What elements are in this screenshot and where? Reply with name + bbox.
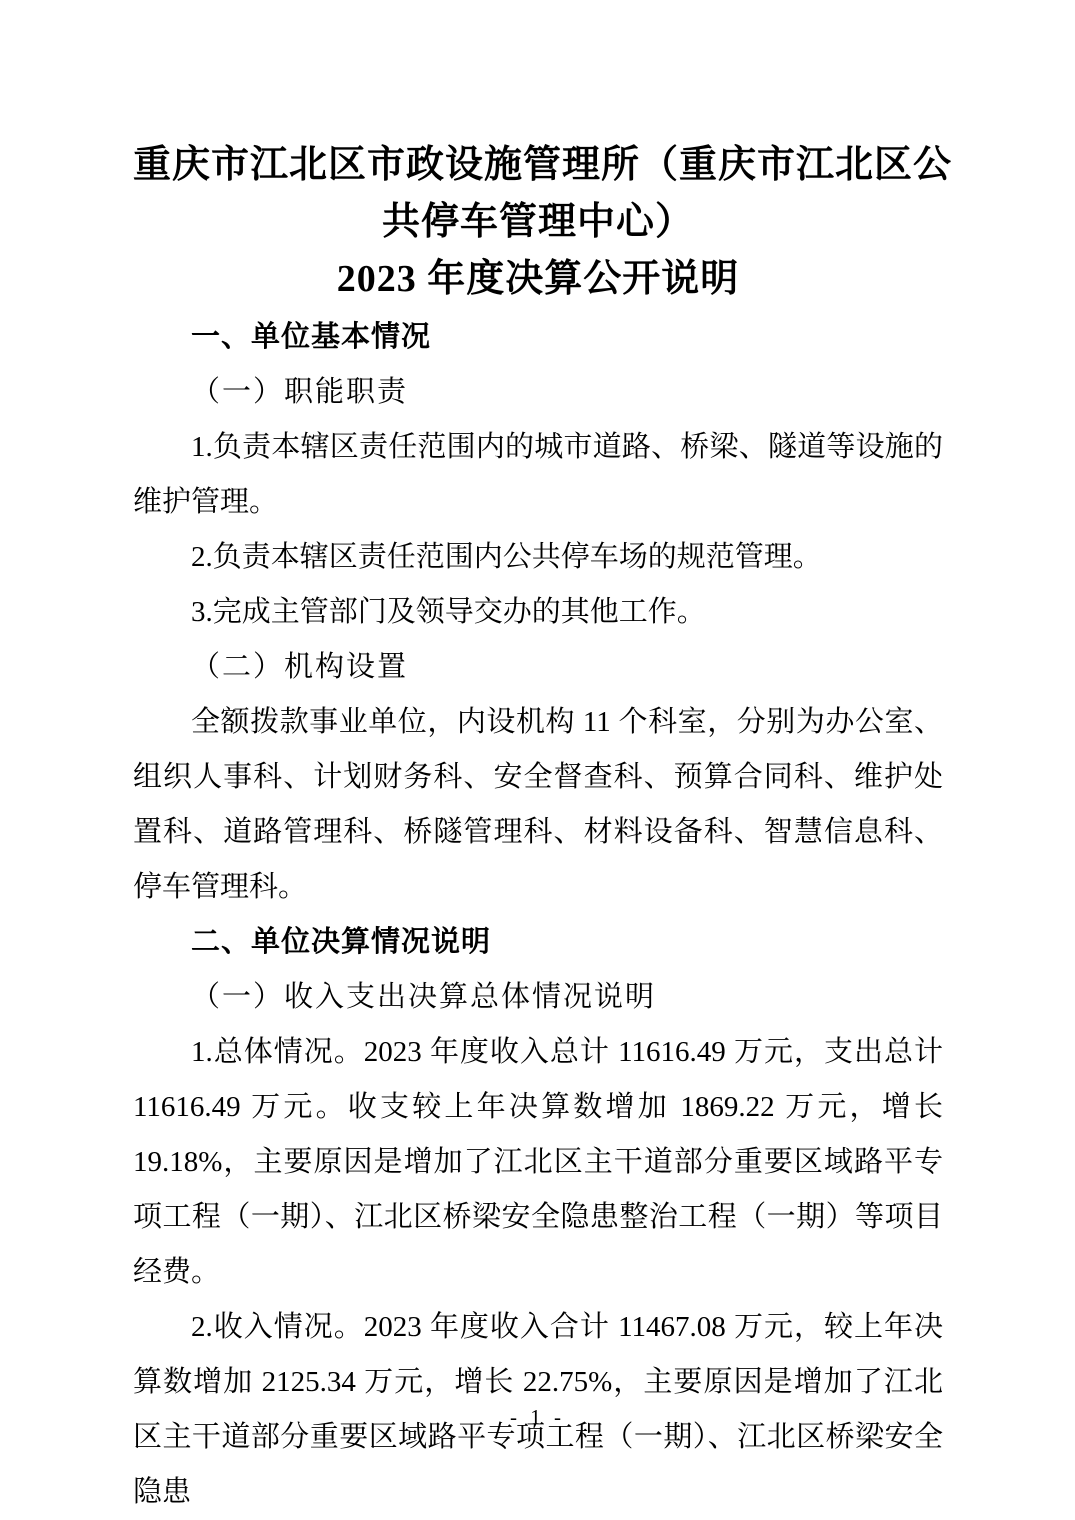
- paragraph-duty-2: 2.负责本辖区责任范围内公共停车场的规范管理。: [133, 530, 943, 585]
- paragraph-org-structure: 全额拨款事业单位，内设机构 11 个科室，分别为办公室、组织人事科、计划财务科、…: [133, 695, 943, 915]
- document-page: 重庆市江北区市政设施管理所（重庆市江北区公 共停车管理中心） 2023 年度决算…: [0, 0, 1075, 1520]
- title-line-1: 重庆市江北区市政设施管理所（重庆市江北区公: [133, 137, 943, 194]
- subheading-duties: （一）职能职责: [133, 365, 943, 420]
- paragraph-duty-1: 1.负责本辖区责任范围内的城市道路、桥梁、隧道等设施的维护管理。: [133, 420, 943, 530]
- document-content: 一、单位基本情况 （一）职能职责 1.负责本辖区责任范围内的城市道路、桥梁、隧道…: [133, 310, 943, 1520]
- subheading-income-expense-overview: （一）收入支出决算总体情况说明: [133, 970, 943, 1025]
- section-heading-final-accounts: 二、单位决算情况说明: [133, 915, 943, 970]
- subheading-org-structure: （二）机构设置: [133, 640, 943, 695]
- paragraph-duty-3: 3.完成主管部门及领导交办的其他工作。: [133, 585, 943, 640]
- title-line-3: 2023 年度决算公开说明: [133, 251, 943, 308]
- paragraph-overall-situation: 1.总体情况。2023 年度收入总计 11616.49 万元，支出总计 1161…: [133, 1025, 943, 1300]
- title-line-2: 共停车管理中心）: [133, 194, 943, 251]
- document-body: 重庆市江北区市政设施管理所（重庆市江北区公 共停车管理中心） 2023 年度决算…: [133, 137, 943, 1520]
- page-number: - 1 -: [0, 1405, 1075, 1430]
- document-title: 重庆市江北区市政设施管理所（重庆市江北区公 共停车管理中心） 2023 年度决算…: [133, 137, 943, 308]
- section-heading-basic-info: 一、单位基本情况: [133, 310, 943, 365]
